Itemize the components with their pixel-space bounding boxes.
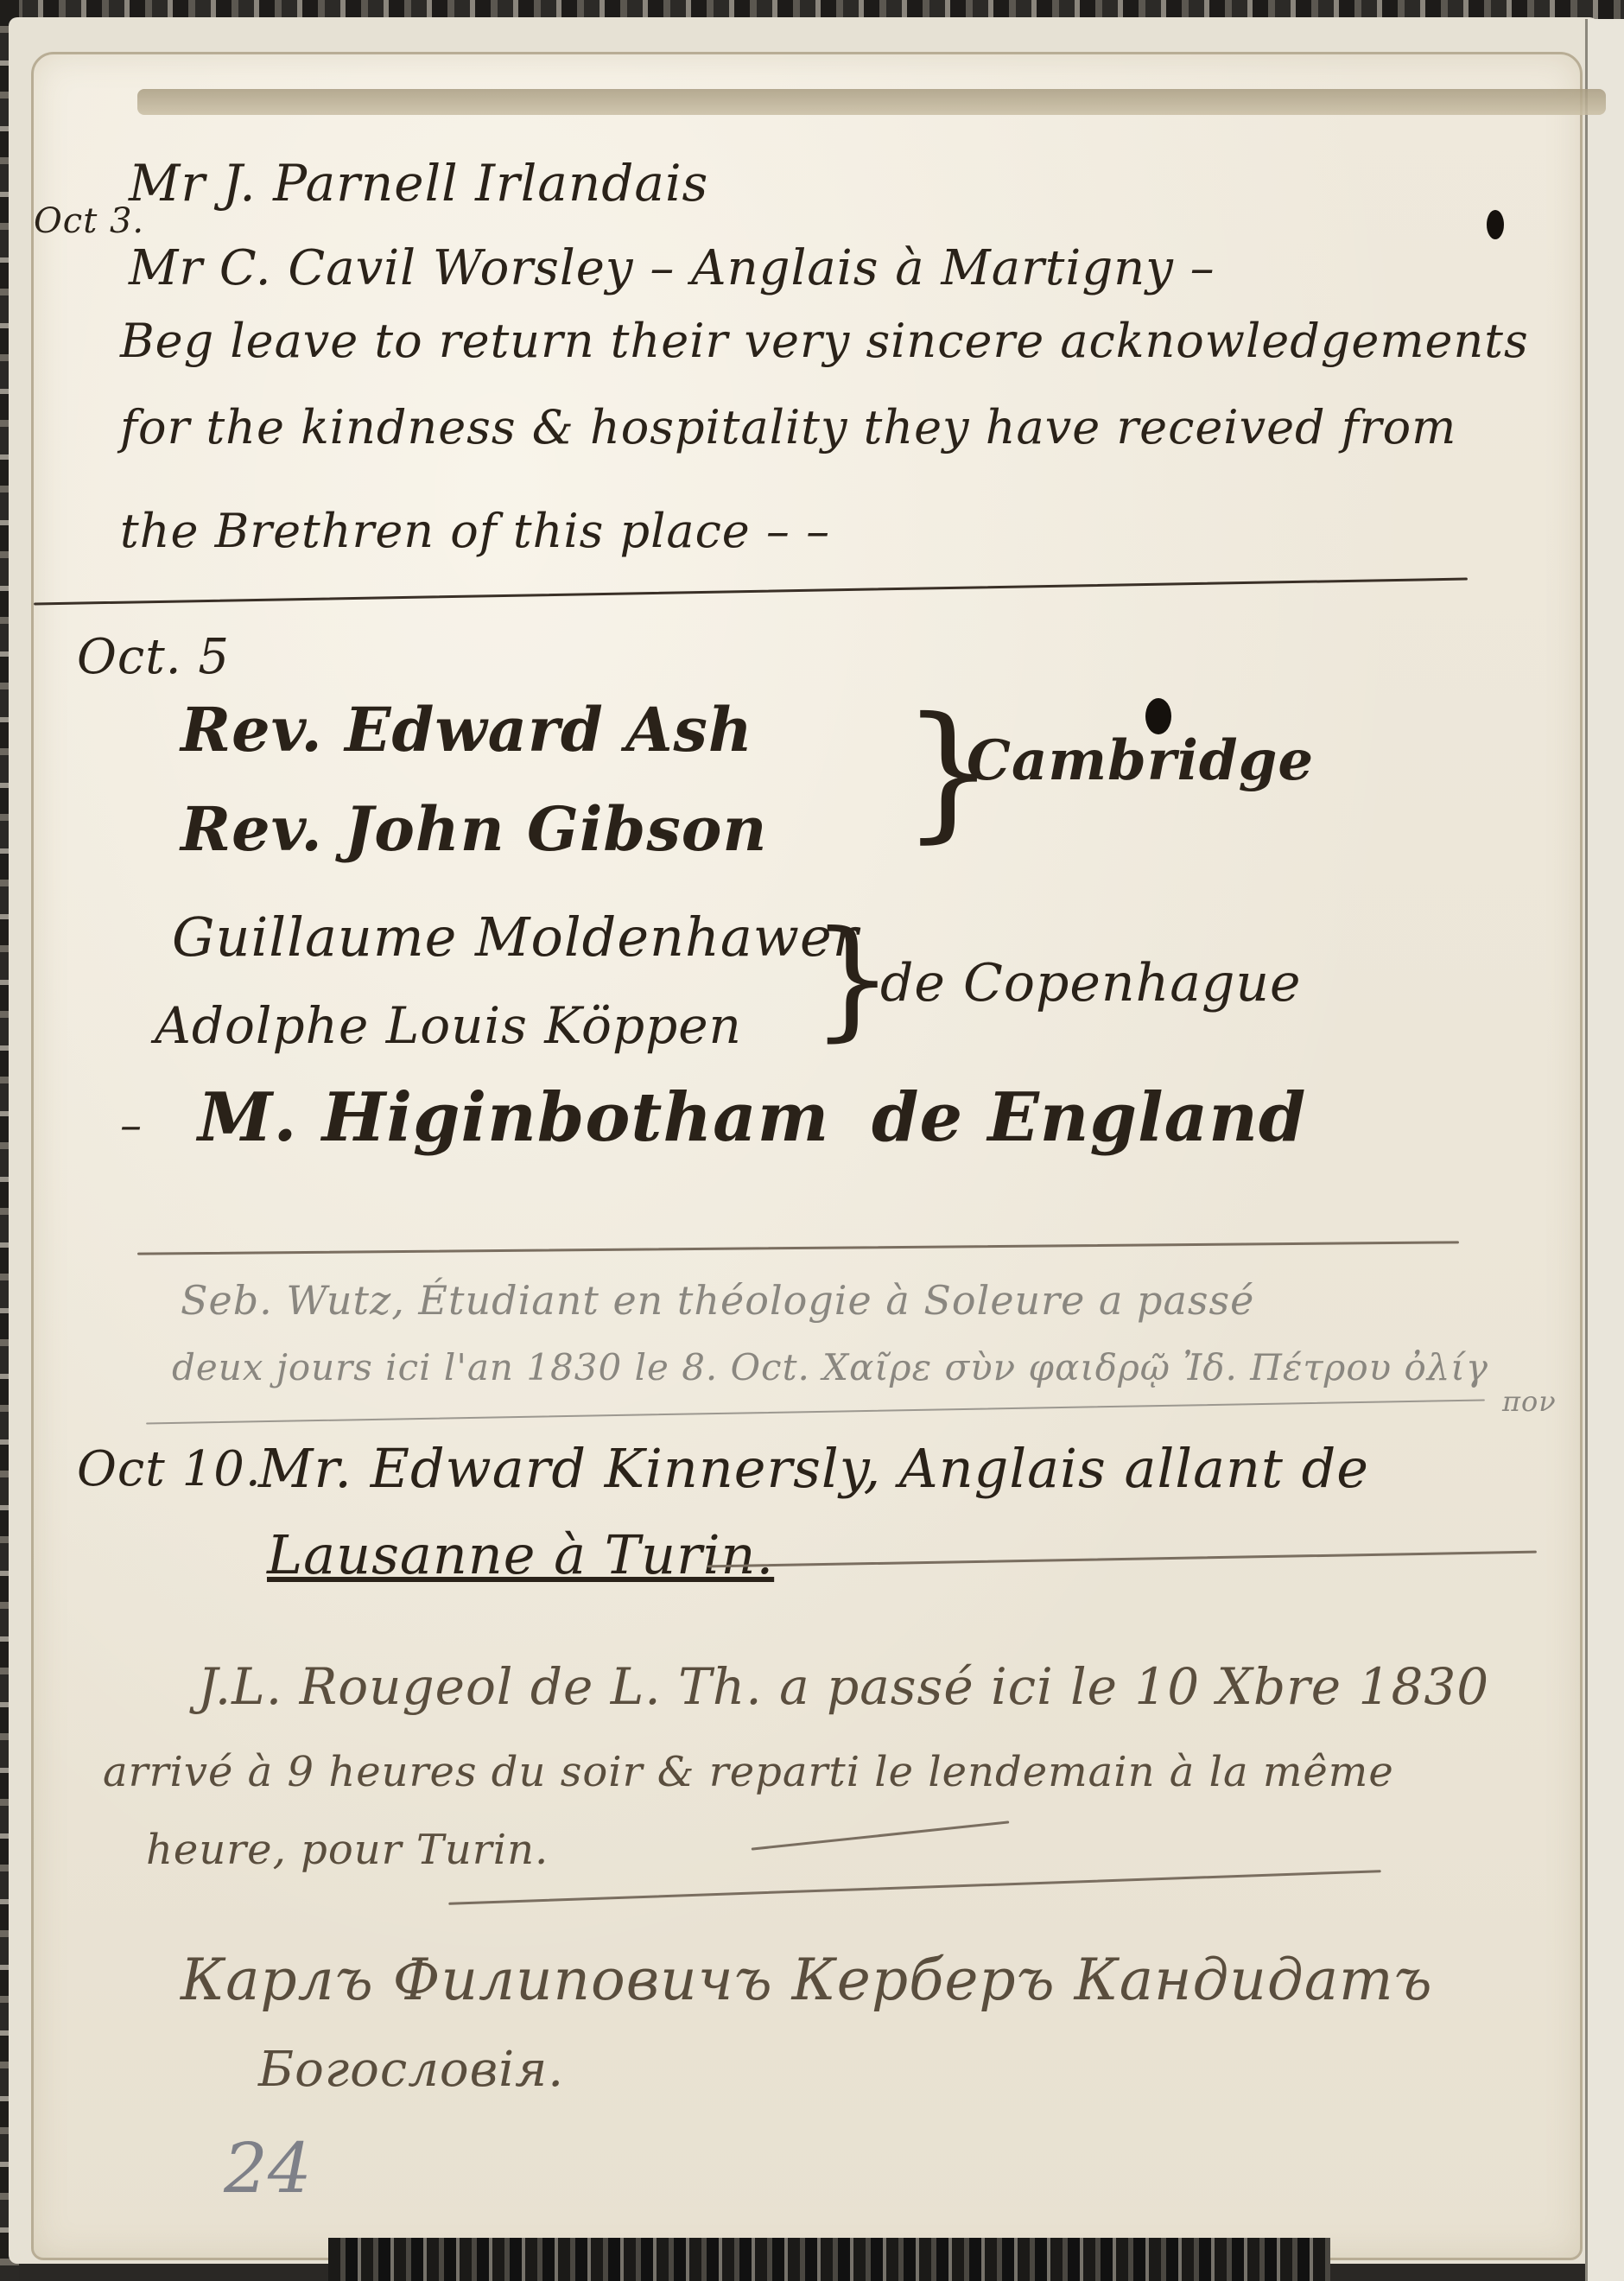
- dash: –: [120, 1100, 143, 1150]
- register-page: Mr J. Parnell Irlandais Oct 3. Mr C. Cav…: [31, 52, 1583, 2260]
- entry-line: deux jours ici l'an 1830 le 8. Oct. Χαῖρ…: [172, 1346, 1488, 1388]
- entry-divider: [137, 1241, 1459, 1255]
- entry-line: J.L. Rougeol de L. Th. a passé ici le 10…: [198, 1657, 1489, 1716]
- signature-origin: Cambridge: [967, 728, 1314, 793]
- signature: Rev. John Gibson: [181, 793, 767, 865]
- next-page-edge: [1585, 19, 1624, 2281]
- ink-blot: [1487, 210, 1504, 239]
- signature-origin: de Copenhague: [880, 953, 1302, 1013]
- entry-line: Mr J. Parnell Irlandais: [129, 154, 708, 213]
- entry-line: πον: [1502, 1385, 1557, 1418]
- entry-line: Mr C. Cavil Worsley – Anglais à Martigny…: [129, 240, 1215, 296]
- signature: M. Higinbotham: [198, 1078, 829, 1157]
- entry-divider: [752, 1820, 1010, 1850]
- entry-line: the Brethren of this place – –: [120, 504, 830, 558]
- entry-date: Oct 3.: [34, 201, 144, 241]
- entry-divider: [707, 1551, 1537, 1568]
- entry-line: Beg leave to return their very sincere a…: [120, 314, 1529, 368]
- entry-line: heure, pour Turin.: [146, 1826, 549, 1874]
- book-binding-bottom: [328, 2238, 1330, 2281]
- entry-line: Карлъ Филиповичъ Керберъ Кандидатъ: [181, 1947, 1433, 2013]
- signature: Adolphe Louis Köppen: [155, 996, 742, 1055]
- entry-date: Oct 10.: [77, 1441, 262, 1497]
- entry-divider: [34, 578, 1468, 606]
- signature: Guillaume Moldenhawer: [172, 905, 859, 969]
- entry-line: Seb. Wutz, Étudiant en théologie à Soleu…: [181, 1277, 1254, 1324]
- entry-line: Богословія.: [258, 2042, 564, 2098]
- page-top-stain: [137, 89, 1606, 115]
- entry-divider: [146, 1399, 1485, 1424]
- entry-line: Lausanne à Turin.: [267, 1523, 774, 1586]
- page-number: 24: [224, 2128, 312, 2208]
- signature: Rev. Edward Ash: [181, 694, 753, 766]
- ink-blot: [1145, 698, 1171, 734]
- entry-line: arrivé à 9 heures du soir & reparti le l…: [103, 1748, 1394, 1796]
- entry-divider: [448, 1870, 1380, 1905]
- entry-line: for the kindness & hospitality they have…: [120, 400, 1456, 454]
- signature-origin: de England: [872, 1078, 1306, 1157]
- entry-date: Oct. 5: [77, 629, 230, 685]
- entry-line: Mr. Edward Kinnersly, Anglais allant de: [258, 1437, 1369, 1500]
